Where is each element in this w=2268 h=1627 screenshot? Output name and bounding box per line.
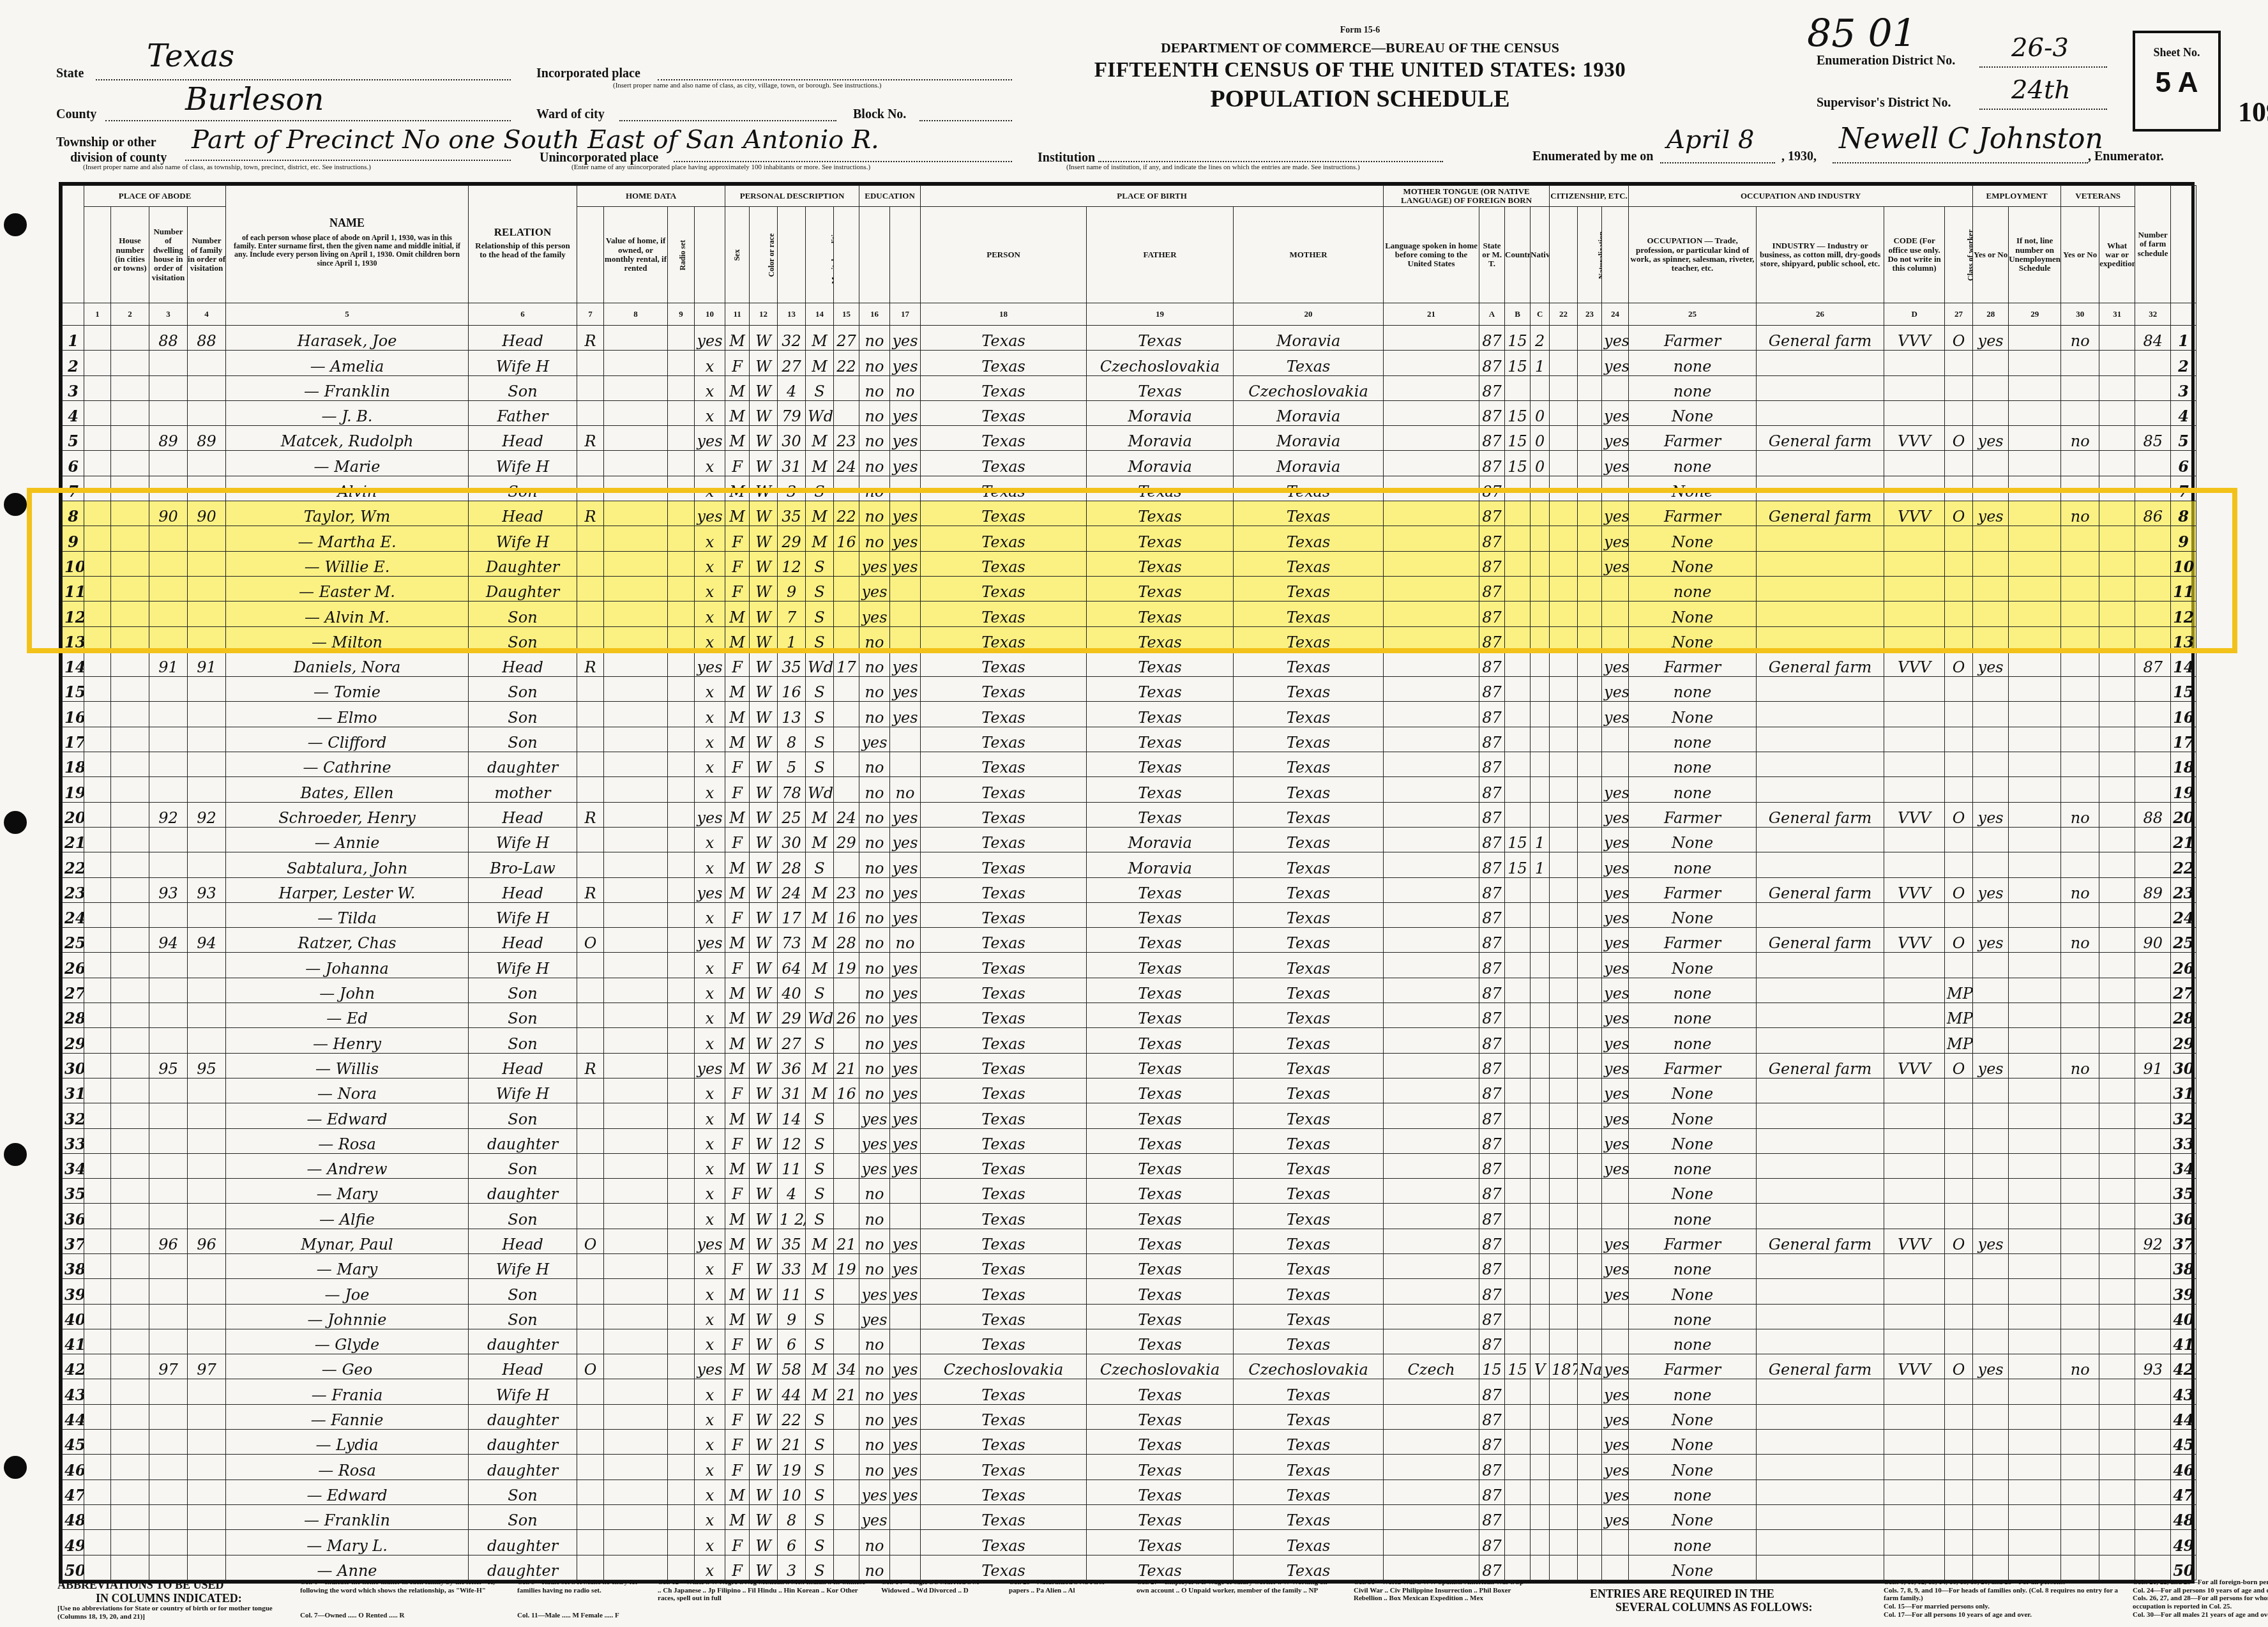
farm-residence: x xyxy=(695,953,725,978)
line-number-right: 50 xyxy=(2171,1555,2196,1580)
occupation: none xyxy=(1629,1253,1757,1278)
class-of-worker xyxy=(1945,1253,1973,1278)
house-number-cell xyxy=(111,1128,149,1153)
at-work xyxy=(1973,526,2009,551)
father-birthplace: Moravia xyxy=(1087,426,1234,451)
census-row: 58989Matcek, RudolphHeadRyesMW30M23noyes… xyxy=(63,426,2196,451)
dwelling-number xyxy=(149,1078,188,1103)
farm-residence: x xyxy=(695,1153,725,1178)
unincorporated-line xyxy=(674,161,1012,162)
entries-title-2: SEVERAL COLUMNS AS FOLLOWS: xyxy=(1590,1601,1864,1614)
school-attendance: no xyxy=(859,852,890,877)
val-cell xyxy=(604,501,668,526)
immigration-year xyxy=(1550,400,1578,425)
street-cell xyxy=(84,1504,111,1529)
code-b: 15 xyxy=(1505,451,1531,476)
occupation-code xyxy=(1884,1304,1945,1329)
at-work xyxy=(1973,351,2009,375)
unemp-cell xyxy=(2009,1455,2061,1479)
father-birthplace: Moravia xyxy=(1087,852,1234,877)
binder-hole xyxy=(4,213,27,236)
dwelling-number: 95 xyxy=(149,1053,188,1078)
code-b xyxy=(1505,727,1531,752)
radio-cell xyxy=(668,1253,695,1278)
veteran: no xyxy=(2061,501,2099,526)
mother-tongue xyxy=(1384,1304,1479,1329)
immigration-year xyxy=(1550,526,1578,551)
farm-schedule-number xyxy=(2135,827,2171,852)
age: 31 xyxy=(778,1078,806,1103)
birthplace: Texas xyxy=(921,877,1087,902)
immigration-year xyxy=(1550,1103,1578,1128)
birthplace: Texas xyxy=(921,551,1087,576)
father-birthplace: Moravia xyxy=(1087,827,1234,852)
line-number-right: 15 xyxy=(2171,677,2196,702)
school-attendance: no xyxy=(859,1078,890,1103)
home-tenure xyxy=(577,953,604,978)
veteran xyxy=(2061,1028,2099,1053)
speaks-english: yes xyxy=(1602,526,1629,551)
page-stamp: 109 xyxy=(2238,96,2268,128)
school-attendance: no xyxy=(859,526,890,551)
immigration-year xyxy=(1550,1279,1578,1304)
line-number: 2 xyxy=(63,351,84,375)
census-row: 39— JoeSonxMW11SyesyesTexasTexasTexas87y… xyxy=(63,1279,2196,1304)
school-attendance: no xyxy=(859,501,890,526)
house-number-cell xyxy=(111,827,149,852)
marital-status: M xyxy=(806,1053,834,1078)
line-number-right: 30 xyxy=(2171,1053,2196,1078)
mother-birthplace: Texas xyxy=(1234,1078,1384,1103)
code-b xyxy=(1505,1329,1531,1354)
industry xyxy=(1757,702,1884,727)
line-number-right: 6 xyxy=(2171,451,2196,476)
veteran xyxy=(2061,1304,2099,1329)
farm-schedule-number xyxy=(2135,1530,2171,1555)
at-work xyxy=(1973,902,2009,927)
age-at-marriage: 34 xyxy=(834,1354,859,1379)
age: 73 xyxy=(778,928,806,953)
family-number: 93 xyxy=(188,877,226,902)
person-name: — Clifford xyxy=(226,727,469,752)
line-number: 16 xyxy=(63,702,84,727)
veteran xyxy=(2061,1479,2099,1504)
code-b xyxy=(1505,1078,1531,1103)
person-name: — Anne xyxy=(226,1555,469,1580)
father-birthplace: Texas xyxy=(1087,1253,1234,1278)
speaks-english: yes xyxy=(1602,978,1629,1003)
val-cell xyxy=(604,1179,668,1204)
relationship: daughter xyxy=(469,1530,577,1555)
naturalization xyxy=(1578,476,1602,501)
sex: M xyxy=(725,501,750,526)
house-number-header: House number (in cities or towns) xyxy=(111,207,149,303)
immigration-year xyxy=(1550,501,1578,526)
dwelling-number xyxy=(149,1153,188,1178)
line-number-right: 37 xyxy=(2171,1229,2196,1253)
dwelling-number xyxy=(149,400,188,425)
veteran: no xyxy=(2061,877,2099,902)
class-of-worker xyxy=(1945,827,1973,852)
birthplace: Texas xyxy=(921,928,1087,953)
code-a: 87 xyxy=(1479,1455,1505,1479)
farm-residence: x xyxy=(695,1555,725,1580)
column-number: 5 xyxy=(226,303,469,326)
birthplace: Texas xyxy=(921,1028,1087,1053)
father-birthplace: Texas xyxy=(1087,802,1234,827)
person-name: — Willis xyxy=(226,1053,469,1078)
sex: M xyxy=(725,626,750,651)
class-of-worker xyxy=(1945,1404,1973,1429)
age: 19 xyxy=(778,1455,806,1479)
birthplace: Texas xyxy=(921,777,1087,802)
age-at-marriage: 16 xyxy=(834,526,859,551)
war xyxy=(2099,902,2135,927)
sex: M xyxy=(725,727,750,752)
school-attendance: no xyxy=(859,1555,890,1580)
age-at-marriage xyxy=(834,1329,859,1354)
census-row: 11— Easter M.DaughterxFW9SyesTexasTexasT… xyxy=(63,576,2196,601)
column-number: 18 xyxy=(921,303,1087,326)
school-attendance: no xyxy=(859,1204,890,1229)
street-cell xyxy=(84,953,111,978)
radio-cell xyxy=(668,1455,695,1479)
industry xyxy=(1757,576,1884,601)
mother-tongue xyxy=(1384,752,1479,777)
farm-schedule-number: 89 xyxy=(2135,877,2171,902)
home-tenure xyxy=(577,1153,604,1178)
val-cell xyxy=(604,827,668,852)
street-cell xyxy=(84,1053,111,1078)
unemployment-header: If not, line number on Unemployment Sche… xyxy=(2009,207,2061,303)
age: 1 xyxy=(778,626,806,651)
instructions-footer: ABBREVIATIONS TO BE USED IN COLUMNS INDI… xyxy=(45,1578,2216,1627)
person-name: — Johanna xyxy=(226,953,469,978)
literacy: yes xyxy=(890,1053,921,1078)
age-at-marriage xyxy=(834,476,859,501)
census-row: 16— ElmoSonxMW13SnoyesTexasTexasTexas87y… xyxy=(63,702,2196,727)
val-cell xyxy=(604,702,668,727)
school-attendance: no xyxy=(859,928,890,953)
sex: M xyxy=(725,852,750,877)
family-number xyxy=(188,526,226,551)
occupation-code xyxy=(1884,1504,1945,1529)
literacy: yes xyxy=(890,677,921,702)
unemp-cell xyxy=(2009,1479,2061,1504)
unemp-cell xyxy=(2009,375,2061,400)
immigration-year xyxy=(1550,928,1578,953)
line-number-right: 44 xyxy=(2171,1404,2196,1429)
industry: General farm xyxy=(1757,928,1884,953)
line-number-right: 2 xyxy=(2171,351,2196,375)
occupation: None xyxy=(1629,1555,1757,1580)
naturalization xyxy=(1578,1128,1602,1153)
code-b xyxy=(1505,1379,1531,1404)
sex: F xyxy=(725,451,750,476)
farm-residence: x xyxy=(695,1028,725,1053)
radio-cell xyxy=(668,953,695,978)
class-of-worker xyxy=(1945,451,1973,476)
mother-tongue xyxy=(1384,476,1479,501)
radio-header: Radio set xyxy=(668,207,695,303)
naturalization xyxy=(1578,400,1602,425)
line-number-right: 49 xyxy=(2171,1530,2196,1555)
mother-tongue xyxy=(1384,1430,1479,1455)
school-attendance: no xyxy=(859,400,890,425)
mother-birthplace: Texas xyxy=(1234,1229,1384,1253)
marital-status: M xyxy=(806,827,834,852)
val-cell xyxy=(604,651,668,676)
family-number: 94 xyxy=(188,928,226,953)
war xyxy=(2099,752,2135,777)
war xyxy=(2099,702,2135,727)
person-name: — Cathrine xyxy=(226,752,469,777)
industry xyxy=(1757,1279,1884,1304)
code-a: 87 xyxy=(1479,1229,1505,1253)
code-a: 87 xyxy=(1479,777,1505,802)
line-number: 32 xyxy=(63,1103,84,1128)
industry xyxy=(1757,752,1884,777)
veteran xyxy=(2061,727,2099,752)
age-at-marriage: 22 xyxy=(834,501,859,526)
code-a: 87 xyxy=(1479,1179,1505,1204)
marital-status: S xyxy=(806,1103,834,1128)
dwelling-number: 97 xyxy=(149,1354,188,1379)
school-attendance: no xyxy=(859,877,890,902)
farm-schedule-number xyxy=(2135,526,2171,551)
immigration-year xyxy=(1550,1229,1578,1253)
farm-residence: x xyxy=(695,1003,725,1028)
relationship: Son xyxy=(469,702,577,727)
industry xyxy=(1757,953,1884,978)
line-number-right: 43 xyxy=(2171,1379,2196,1404)
home-tenure xyxy=(577,1504,604,1529)
immigration-year xyxy=(1550,902,1578,927)
radio-cell xyxy=(668,400,695,425)
age-at-marriage xyxy=(834,702,859,727)
occupation: none xyxy=(1629,1329,1757,1354)
occupation: None xyxy=(1629,602,1757,626)
radio-cell xyxy=(668,1304,695,1329)
father-birthplace: Texas xyxy=(1087,1555,1234,1580)
val-cell xyxy=(604,1078,668,1103)
family-number xyxy=(188,727,226,752)
class-of-worker xyxy=(1945,526,1973,551)
code-c xyxy=(1531,1304,1550,1329)
class-of-worker: O xyxy=(1945,1354,1973,1379)
code-c xyxy=(1531,1479,1550,1504)
house-number-cell xyxy=(111,351,149,375)
line-number-right: 46 xyxy=(2171,1455,2196,1479)
industry: General farm xyxy=(1757,651,1884,676)
val-cell xyxy=(604,1128,668,1153)
industry-header: INDUSTRY — Industry or business, as cott… xyxy=(1757,207,1884,303)
school-attendance: no xyxy=(859,1253,890,1278)
occupation: none xyxy=(1629,777,1757,802)
census-row: 48— FranklinSonxMW8SyesTexasTexasTexas87… xyxy=(63,1504,2196,1529)
code-b xyxy=(1505,1304,1531,1329)
house-number-cell xyxy=(111,852,149,877)
at-work xyxy=(1973,1304,2009,1329)
entries-d: Col. 17—For all persons 10 years of age … xyxy=(1884,1611,2126,1619)
age: 35 xyxy=(778,651,806,676)
speaks-english: yes xyxy=(1602,1103,1629,1128)
family-number xyxy=(188,702,226,727)
dwelling-number xyxy=(149,777,188,802)
person-name: Taylor, Wm xyxy=(226,501,469,526)
unemp-cell xyxy=(2009,877,2061,902)
literacy: yes xyxy=(890,1153,921,1178)
family-number xyxy=(188,1555,226,1580)
immigration-year xyxy=(1550,1530,1578,1555)
street-cell xyxy=(84,1229,111,1253)
dwelling-number xyxy=(149,852,188,877)
industry xyxy=(1757,978,1884,1003)
at-work xyxy=(1973,1430,2009,1455)
occupation-code: VVV xyxy=(1884,651,1945,676)
family-number xyxy=(188,1279,226,1304)
val-cell xyxy=(604,1329,668,1354)
naturalization xyxy=(1578,426,1602,451)
code-b xyxy=(1505,677,1531,702)
sex: M xyxy=(725,375,750,400)
street-cell xyxy=(84,727,111,752)
farm-schedule-number xyxy=(2135,902,2171,927)
literacy xyxy=(890,1555,921,1580)
occupation: None xyxy=(1629,551,1757,576)
code-c xyxy=(1531,702,1550,727)
radio-cell xyxy=(668,651,695,676)
farm-residence: x xyxy=(695,451,725,476)
speaks-english xyxy=(1602,626,1629,651)
school-attendance: no xyxy=(859,1455,890,1479)
naturalization xyxy=(1578,551,1602,576)
radio-cell xyxy=(668,902,695,927)
mother-birthplace: Texas xyxy=(1234,677,1384,702)
code-b xyxy=(1505,1404,1531,1429)
father-birthplace: Texas xyxy=(1087,928,1234,953)
relationship: Son xyxy=(469,1304,577,1329)
occupation-code xyxy=(1884,1078,1945,1103)
immigration-year xyxy=(1550,451,1578,476)
house-number-cell xyxy=(111,1379,149,1404)
radio-cell xyxy=(668,1078,695,1103)
age: 28 xyxy=(778,852,806,877)
speaks-english: yes xyxy=(1602,1279,1629,1304)
farm-schedule-number xyxy=(2135,852,2171,877)
street-cell xyxy=(84,802,111,827)
age: 11 xyxy=(778,1153,806,1178)
radio-cell xyxy=(668,1279,695,1304)
code-c: 0 xyxy=(1531,426,1550,451)
farm-residence: x xyxy=(695,727,725,752)
veteran xyxy=(2061,551,2099,576)
at-work: yes xyxy=(1973,426,2009,451)
occupation-code: VVV xyxy=(1884,1354,1945,1379)
birthplace: Texas xyxy=(921,1530,1087,1555)
farm-schedule-number xyxy=(2135,677,2171,702)
class-of-worker xyxy=(1945,1479,1973,1504)
mother-tongue xyxy=(1384,1153,1479,1178)
home-tenure xyxy=(577,777,604,802)
mother-birth-header: MOTHER xyxy=(1234,207,1384,303)
immigration-year xyxy=(1550,1555,1578,1580)
immigration-year xyxy=(1550,852,1578,877)
veteran xyxy=(2061,526,2099,551)
war xyxy=(2099,877,2135,902)
street-cell xyxy=(84,651,111,676)
father-birthplace: Texas xyxy=(1087,877,1234,902)
house-number-cell xyxy=(111,602,149,626)
line-number: 31 xyxy=(63,1078,84,1103)
code-b xyxy=(1505,501,1531,526)
person-name: — Edward xyxy=(226,1103,469,1128)
father-birthplace: Texas xyxy=(1087,1379,1234,1404)
marital-status: M xyxy=(806,451,834,476)
naturalization xyxy=(1578,351,1602,375)
at-work xyxy=(1973,852,2009,877)
age-at-marriage xyxy=(834,400,859,425)
farm-residence: x xyxy=(695,852,725,877)
class-of-worker xyxy=(1945,1530,1973,1555)
race: W xyxy=(750,1028,778,1053)
person-birth-header: PERSON xyxy=(921,207,1087,303)
mother-birthplace: Texas xyxy=(1234,1179,1384,1204)
mother-tongue xyxy=(1384,1455,1479,1479)
relationship: daughter xyxy=(469,1128,577,1153)
col7-note: Col. 7—Owned ..... O Rented ..... R xyxy=(300,1612,504,1620)
line-number: 13 xyxy=(63,626,84,651)
age: 6 xyxy=(778,1530,806,1555)
naturalization xyxy=(1578,727,1602,752)
street-cell xyxy=(84,1354,111,1379)
age: 31 xyxy=(778,451,806,476)
line-number: 1 xyxy=(63,326,84,351)
unemp-cell xyxy=(2009,1003,2061,1028)
census-title: FIFTEENTH CENSUS OF THE UNITED STATES: 1… xyxy=(1085,59,1635,82)
marital-status: M xyxy=(806,877,834,902)
veteran xyxy=(2061,400,2099,425)
age-at-marriage xyxy=(834,677,859,702)
farm-residence: x xyxy=(695,702,725,727)
family-number xyxy=(188,551,226,576)
sex: M xyxy=(725,476,750,501)
birthplace: Texas xyxy=(921,476,1087,501)
farm-residence: x xyxy=(695,1455,725,1479)
code-c xyxy=(1531,777,1550,802)
census-row: 89090Taylor, WmHeadRyesMW35M22noyesTexas… xyxy=(63,501,2196,526)
war xyxy=(2099,375,2135,400)
industry: General farm xyxy=(1757,326,1884,351)
immigration-year xyxy=(1550,1455,1578,1479)
mother-birthplace: Texas xyxy=(1234,752,1384,777)
mother-birthplace: Texas xyxy=(1234,702,1384,727)
val-cell xyxy=(604,626,668,651)
age: 27 xyxy=(778,351,806,375)
person-name: Mynar, Paul xyxy=(226,1229,469,1253)
house-number-cell xyxy=(111,928,149,953)
census-row: 12— Alvin M.SonxMW7SyesTexasTexasTexas87… xyxy=(63,602,2196,626)
relationship: Head xyxy=(469,1053,577,1078)
occupation-code xyxy=(1884,576,1945,601)
mother-tongue xyxy=(1384,727,1479,752)
code-b xyxy=(1505,1003,1531,1028)
age-at-marriage xyxy=(834,752,859,777)
employment-group-header: EMPLOYMENT xyxy=(1973,186,2061,207)
family-number xyxy=(188,1128,226,1153)
class-of-worker xyxy=(1945,1304,1973,1329)
birthplace: Texas xyxy=(921,1455,1087,1479)
